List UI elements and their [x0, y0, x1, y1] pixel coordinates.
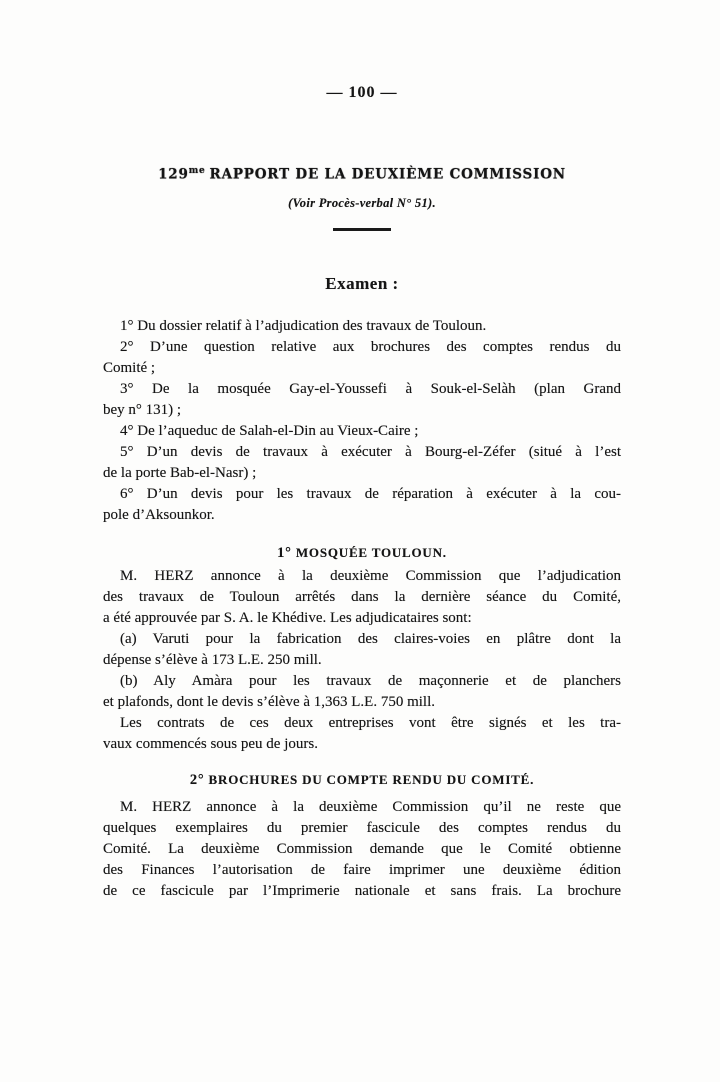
- divider-rule: [333, 228, 391, 231]
- section-1-heading-text: MOSQUÉE TOULOUN.: [296, 545, 447, 560]
- text-line: bey n° 131) ;: [103, 400, 621, 421]
- section-2-number: 2°: [190, 772, 205, 788]
- text-line: a été approuvée par S. A. le Khédive. Le…: [103, 608, 621, 629]
- text-line: 6° D’un devis pour les travaux de répara…: [103, 484, 621, 505]
- report-title-text: RAPPORT DE LA DEUXIÈME COMMISSION: [210, 167, 566, 183]
- text-line: dépense s’élève à 173 L.E. 250 mill.: [103, 650, 621, 671]
- report-number: 129: [158, 167, 189, 183]
- text-line: vaux commencés sous peu de jours.: [103, 734, 621, 755]
- text-line: 1° Du dossier relatif à l’adjudication d…: [103, 316, 621, 337]
- text-line: 2° D’une question relative aux brochures…: [103, 337, 621, 358]
- report-ordinal: me: [189, 166, 206, 176]
- text-line: de ce fascicule par l’Imprimerie nationa…: [103, 881, 621, 902]
- text-line: 3° De la mosquée Gay-el-Youssefi à Souk-…: [103, 379, 621, 400]
- text-line: 5° D’un devis de travaux à exécuter à Bo…: [103, 442, 621, 463]
- text-line: Comité. La deuxième Commission demande q…: [103, 839, 621, 860]
- text-line: (a) Varuti pour la fabrication des clair…: [103, 629, 621, 650]
- section-2-heading-text: BROCHURES DU COMPTE RENDU DU COMITÉ.: [209, 772, 535, 787]
- text-line: (b) Aly Amàra pour les travaux de maçonn…: [103, 671, 621, 692]
- text-line: Comité ;: [103, 358, 621, 379]
- section-2-heading: 2° BROCHURES DU COMPTE RENDU DU COMITÉ.: [103, 772, 621, 789]
- section-1-paragraph: M. HERZ annonce à la deuxième Commission…: [103, 566, 621, 755]
- text-line: 4° De l’aqueduc de Salah-el-Din au Vieux…: [103, 421, 621, 442]
- report-subtitle: (Voir Procès-verbal N° 51).: [103, 196, 621, 211]
- report-title: 129meRAPPORT DE LA DEUXIÈME COMMISSION: [103, 166, 621, 183]
- document-page: — 100 — 129meRAPPORT DE LA DEUXIÈME COMM…: [0, 0, 720, 1082]
- section-1-heading: 1° MOSQUÉE TOULOUN.: [103, 545, 621, 562]
- page-number: — 100 —: [103, 84, 621, 102]
- section-1-number: 1°: [277, 545, 292, 561]
- text-line: M. HERZ annonce à la deuxième Commission…: [103, 566, 621, 587]
- text-line: pole d’Aksounkor.: [103, 505, 621, 526]
- text-line: de la porte Bab-el-Nasr) ;: [103, 463, 621, 484]
- section-2-paragraph: M. HERZ annonce à la deuxième Commission…: [103, 797, 621, 902]
- text-line: Les contrats de ces deux entreprises von…: [103, 713, 621, 734]
- text-line: des Finances l’autorisation de faire imp…: [103, 860, 621, 881]
- text-line: et plafonds, dont le devis s’élève à 1,3…: [103, 692, 621, 713]
- text-line: quelques exemplaires du premier fascicul…: [103, 818, 621, 839]
- text-line: des travaux de Touloun arrêtés dans la d…: [103, 587, 621, 608]
- text-line: M. HERZ annonce à la deuxième Commission…: [103, 797, 621, 818]
- examen-list: 1° Du dossier relatif à l’adjudication d…: [103, 316, 621, 526]
- examen-heading: Examen :: [103, 274, 621, 294]
